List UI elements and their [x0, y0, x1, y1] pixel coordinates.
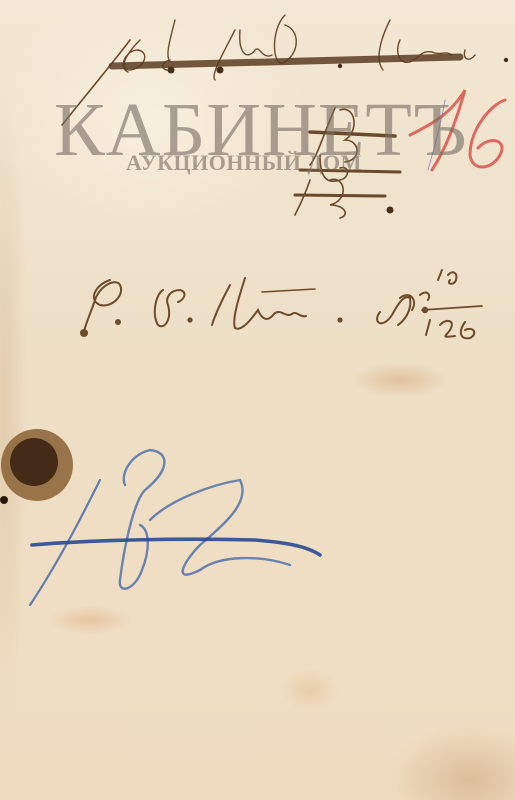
document-page: КАБИНЕТЪ АУКЦИОННЫЙ ДОМ Ф. В. Мед. Истр.…	[0, 0, 515, 800]
ink-blot	[0, 429, 73, 504]
red-pencil-number	[410, 90, 505, 170]
struck-fractions	[295, 108, 400, 218]
main-shelfmark-line	[80, 270, 482, 338]
struck-top-line	[62, 15, 508, 125]
blue-pencil-initials	[30, 450, 320, 605]
handwriting-layer	[0, 0, 515, 800]
